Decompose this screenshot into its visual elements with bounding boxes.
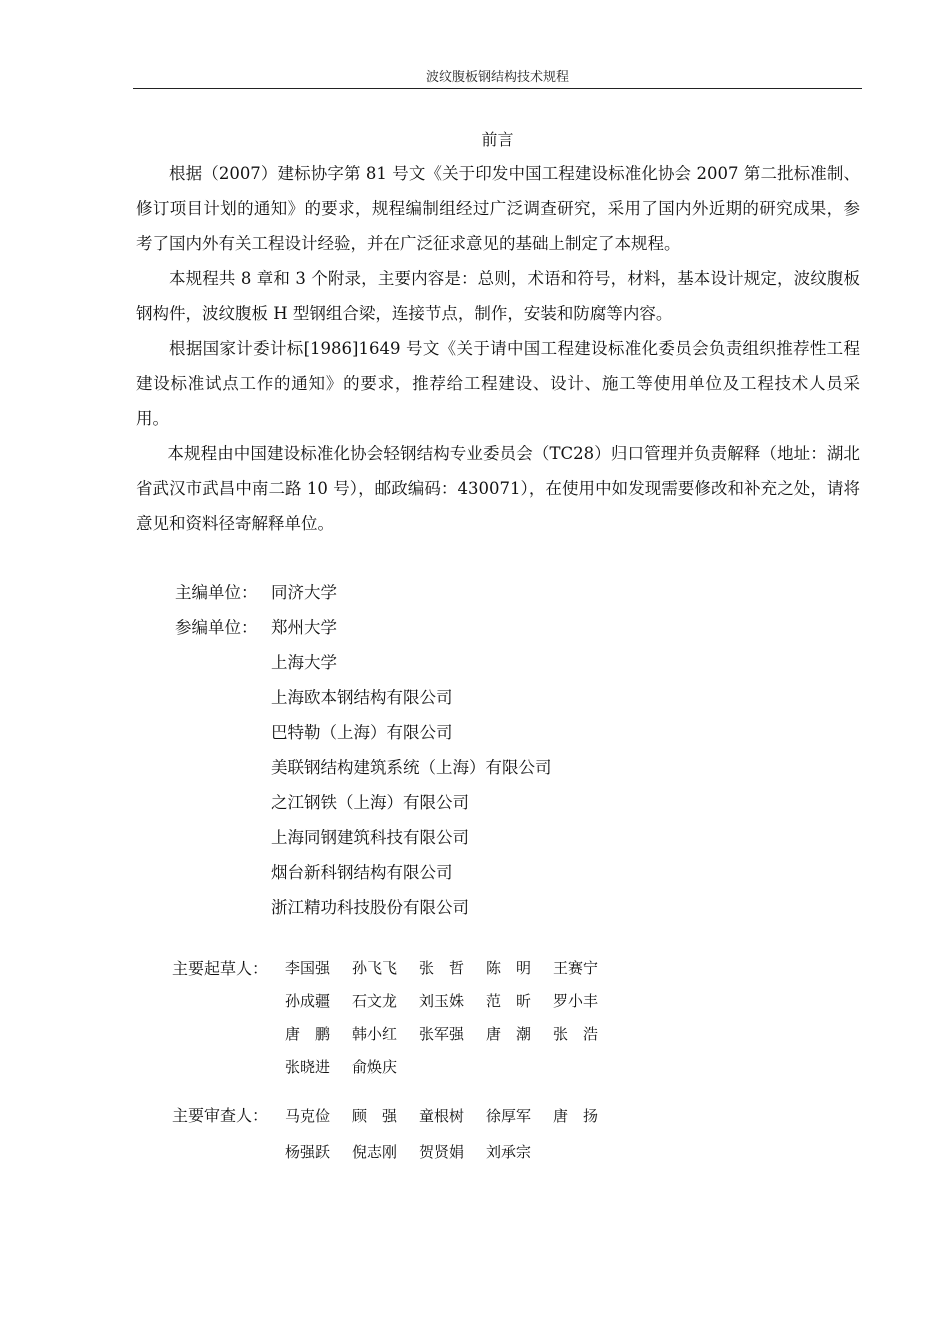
participating-unit: 烟台新科钢结构有限公司 (271, 855, 453, 890)
reviewer-name: 徐厚军 (486, 1098, 553, 1134)
reviewer-name: 贺贤娟 (419, 1134, 486, 1170)
drafter-name: 唐 潮 (486, 1018, 553, 1051)
drafter-name: 韩小红 (352, 1018, 419, 1051)
drafter-name: 张 哲 (419, 952, 486, 985)
chief-unit-row: 主编单位： 同济大学 (175, 575, 552, 610)
reviewers-section: 主要审查人： 马克俭 顾 强 童根树 徐厚军 唐 扬 杨强跃 倪志刚 贺贤娟 刘… (172, 1098, 620, 1170)
participating-unit: 浙江精功科技股份有限公司 (271, 890, 469, 925)
reviewer-name: 顾 强 (352, 1098, 419, 1134)
header-divider (133, 88, 862, 89)
reviewer-name: 倪志刚 (352, 1134, 419, 1170)
participating-unit-row: 上海欧本钢结构有限公司 (175, 680, 552, 715)
drafter-name: 石文龙 (352, 985, 419, 1018)
participating-unit-label: 参编单位： (175, 610, 271, 645)
paragraph-1: 根据（2007）建标协字第 81 号文《关于印发中国工程建设标准化协会 2007… (136, 156, 860, 261)
drafter-name: 王赛宁 (553, 952, 620, 985)
participating-unit: 上海大学 (271, 645, 337, 680)
participating-unit-row: 上海同钢建筑科技有限公司 (175, 820, 552, 855)
participating-unit-row: 之江钢铁（上海）有限公司 (175, 785, 552, 820)
participating-unit-row: 上海大学 (175, 645, 552, 680)
reviewers-label: 主要审查人： (172, 1098, 285, 1134)
paragraph-3: 根据国家计委计标[1986]1649 号文《关于请中国工程建设标准化委员会负责组… (136, 331, 860, 436)
drafter-name: 唐 鹏 (285, 1018, 352, 1051)
drafter-name: 俞焕庆 (352, 1051, 419, 1084)
reviewer-name: 童根树 (419, 1098, 486, 1134)
participating-unit-row: 参编单位： 郑州大学 (175, 610, 552, 645)
chief-unit: 同济大学 (271, 575, 337, 610)
chief-unit-label: 主编单位： (175, 575, 271, 610)
participating-unit: 之江钢铁（上海）有限公司 (271, 785, 469, 820)
participating-unit-row: 巴特勒（上海）有限公司 (175, 715, 552, 750)
reviewer-name: 刘承宗 (486, 1134, 553, 1170)
participating-unit-row: 烟台新科钢结构有限公司 (175, 855, 552, 890)
drafter-name: 张晓进 (285, 1051, 352, 1084)
drafter-name: 张军强 (419, 1018, 486, 1051)
drafter-name: 孙飞飞 (352, 952, 419, 985)
drafter-name: 陈 明 (486, 952, 553, 985)
reviewer-name: 杨强跃 (285, 1134, 352, 1170)
paragraph-4: 本规程由中国建设标准化协会轻钢结构专业委员会（TC28）归口管理并负责解释（地址… (136, 436, 860, 541)
drafter-name: 罗小丰 (553, 985, 620, 1018)
reviewer-name: 唐 扬 (553, 1098, 620, 1134)
participating-unit: 巴特勒（上海）有限公司 (271, 715, 453, 750)
drafters-label: 主要起草人： (172, 952, 285, 985)
drafter-name: 刘玉姝 (419, 985, 486, 1018)
reviewer-name: 马克俭 (285, 1098, 352, 1134)
participating-unit: 上海同钢建筑科技有限公司 (271, 820, 469, 855)
drafters-section: 主要起草人： 李国强 孙飞飞 张 哲 陈 明 王赛宁 孙成疆 石文龙 刘玉姝 范… (172, 952, 620, 1084)
preface-body: 根据（2007）建标协字第 81 号文《关于印发中国工程建设标准化协会 2007… (136, 156, 860, 541)
participating-unit-row: 浙江精功科技股份有限公司 (175, 890, 552, 925)
section-title: 前言 (133, 127, 862, 150)
participating-unit: 美联钢结构建筑系统（上海）有限公司 (271, 750, 552, 785)
drafter-name: 孙成疆 (285, 985, 352, 1018)
participating-unit: 上海欧本钢结构有限公司 (271, 680, 453, 715)
participating-unit: 郑州大学 (271, 610, 337, 645)
editing-units: 主编单位： 同济大学 参编单位： 郑州大学 上海大学 上海欧本钢结构有限公司 巴… (175, 575, 552, 925)
participating-unit-row: 美联钢结构建筑系统（上海）有限公司 (175, 750, 552, 785)
drafter-name: 李国强 (285, 952, 352, 985)
drafter-name: 张 浩 (553, 1018, 620, 1051)
paragraph-2: 本规程共 8 章和 3 个附录，主要内容是：总则，术语和符号，材料，基本设计规定… (136, 261, 860, 331)
running-header-title: 波纹腹板钢结构技术规程 (133, 66, 862, 85)
drafter-name: 范 昕 (486, 985, 553, 1018)
